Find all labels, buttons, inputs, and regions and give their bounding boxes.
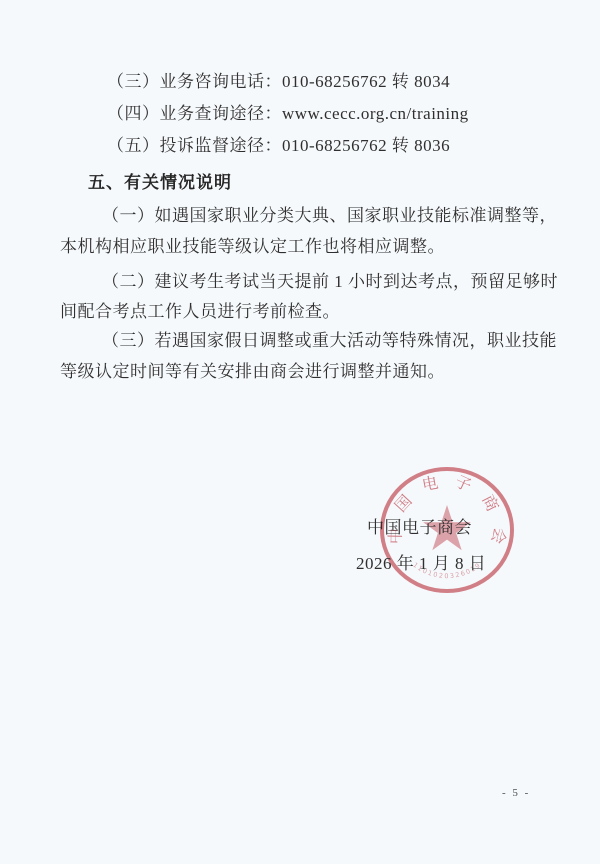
signature-organization: 中国电子商会 [367, 518, 472, 538]
document-page: （三）业务咨询电话：010-68256762 转 8034 （四）业务查询途径：… [0, 0, 600, 864]
note-2-line-1: （二）建议考生考试当天提前 1 小时到达考点，预留足够时 [102, 272, 558, 292]
note-3-line-1: （三）若遇国家假日调整或重大活动等特殊情况，职业技能 [102, 331, 557, 351]
page-number: - 5 - [502, 787, 530, 799]
note-1-line-1: （一）如遇国家职业分类大典、国家职业技能标准调整等， [102, 206, 557, 226]
contact-line-complaint: （五）投诉监督途径：010-68256762 转 8036 [107, 136, 450, 156]
section-heading: 五、有关情况说明 [88, 173, 232, 193]
note-1-line-2: 本机构相应职业技能等级认定工作也将相应调整。 [60, 237, 445, 257]
note-3-line-2: 等级认定时间等有关安排由商会进行调整并通知。 [60, 362, 445, 382]
contact-line-phone: （三）业务咨询电话：010-68256762 转 8034 [107, 72, 450, 92]
note-2-line-2: 间配合考点工作人员进行考前检查。 [60, 302, 340, 322]
contact-line-website: （四）业务查询途径：www.cecc.org.cn/training [107, 104, 469, 124]
signature-date: 2026 年 1 月 8 日 [356, 554, 486, 574]
